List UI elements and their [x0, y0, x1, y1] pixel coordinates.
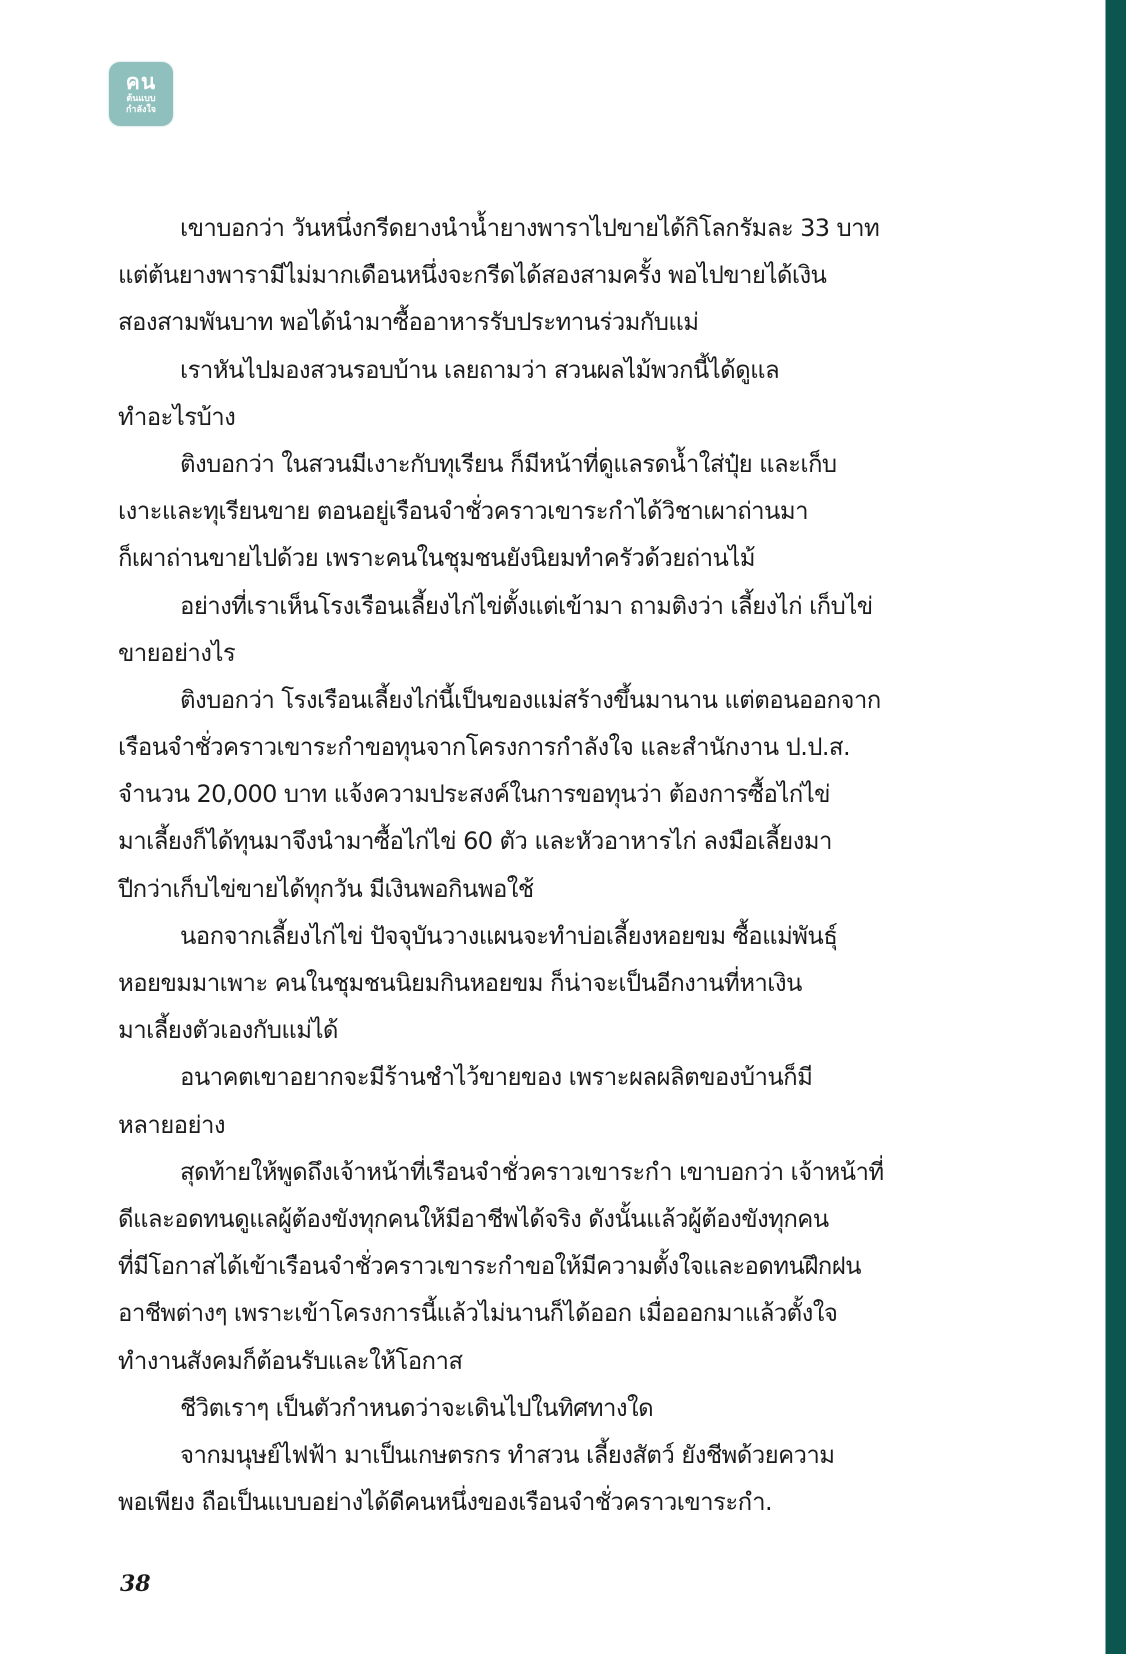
text-line: ปีกว่าเก็บไข่ขายได้ทุกวัน มีเงินพอกินพอใ… — [118, 866, 953, 913]
text-line: จำนวน 20,000 บาท แจ้งความประสงค์ในการขอท… — [118, 771, 953, 818]
paragraph-first-line: ติงบอกว่า โรงเรือนเลี้ยงไก่นี้เป็นของแม่… — [118, 677, 953, 724]
page-number: 38 — [120, 1571, 151, 1597]
text-line: มาเลี้ยงก็ได้ทุนมาจึงนำมาซื้อไก่ไข่ 60 ต… — [118, 818, 953, 865]
page-edge-color-band — [1106, 0, 1126, 1654]
text-line: ทำอะไรบ้าง — [118, 394, 953, 441]
text-line: มาเลี้ยงตัวเองกับแม่ได้ — [118, 1007, 953, 1054]
text-line: ที่มีโอกาสได้เข้าเรือนจำชั่วคราวเขาระกำข… — [118, 1243, 953, 1290]
paragraph-first-line: อย่างที่เราเห็นโรงเรือนเลี้ยงไก่ไข่ตั้งแ… — [118, 583, 953, 630]
book-logo: คน ต้นแบบ กำลังใจ — [109, 62, 173, 126]
text-line: เงาะและทุเรียนขาย ตอนอยู่เรือนจำชั่วคราว… — [118, 488, 953, 535]
text-line: หลายอย่าง — [118, 1102, 953, 1149]
text-line: สองสามพันบาท พอได้นำมาซื้ออาหารรับประทาน… — [118, 299, 953, 346]
text-line: หอยขมมาเพาะ คนในชุมชนนิยมกินหอยขม ก็น่าจ… — [118, 960, 953, 1007]
text-line: พอเพียง ถือเป็นแบบอย่างได้ดีคนหนึ่งของเร… — [118, 1479, 953, 1526]
text-line: ขายอย่างไร — [118, 630, 953, 677]
paragraph-first-line: สุดท้ายให้พูดถึงเจ้าหน้าที่เรือนจำชั่วคร… — [118, 1149, 953, 1196]
body-text: เขาบอกว่า วันหนึ่งกรีดยางนำน้ำยางพาราไปข… — [118, 205, 953, 1526]
text-line: ดีและอดทนดูแลผู้ต้องขังทุกคนให้มีอาชีพได… — [118, 1196, 953, 1243]
text-line: อาชีพต่างๆ เพราะเข้าโครงการนี้แล้วไม่นาน… — [118, 1290, 953, 1337]
logo-subtitle-line2: กำลังใจ — [126, 106, 156, 115]
text-line: ก็เผาถ่านขายไปด้วย เพราะคนในชุมชนยังนิยม… — [118, 535, 953, 582]
logo-subtitle-line1: ต้นแบบ — [126, 95, 155, 104]
paragraph-first-line: เขาบอกว่า วันหนึ่งกรีดยางนำน้ำยางพาราไปข… — [118, 205, 953, 252]
paragraph-first-line: จากมนุษย์ไฟฟ้า มาเป็นเกษตรกร ทำสวน เลี้ย… — [118, 1432, 953, 1479]
paragraph-first-line: ติงบอกว่า ในสวนมีเงาะกับทุเรียน ก็มีหน้า… — [118, 441, 953, 488]
text-line: เรือนจำชั่วคราวเขาระกำขอทุนจากโครงการกำล… — [118, 724, 953, 771]
paragraph-first-line: อนาคตเขาอยากจะมีร้านชำไว้ขายของ เพราะผลผ… — [118, 1054, 953, 1101]
paragraph-first-line: เราหันไปมองสวนรอบบ้าน เลยถามว่า สวนผลไม้… — [118, 347, 953, 394]
text-line: แต่ต้นยางพารามีไม่มากเดือนหนึ่งจะกรีดได้… — [118, 252, 953, 299]
text-line: ทำงานสังคมก็ต้อนรับและให้โอกาส — [118, 1338, 953, 1385]
paragraph-first-line: นอกจากเลี้ยงไก่ไข่ ปัจจุบันวางแผนจะทำบ่อ… — [118, 913, 953, 960]
logo-title: คน — [126, 72, 156, 93]
paragraph-first-line: ชีวิตเราๆ เป็นตัวกำหนดว่าจะเดินไปในทิศทา… — [118, 1385, 953, 1432]
